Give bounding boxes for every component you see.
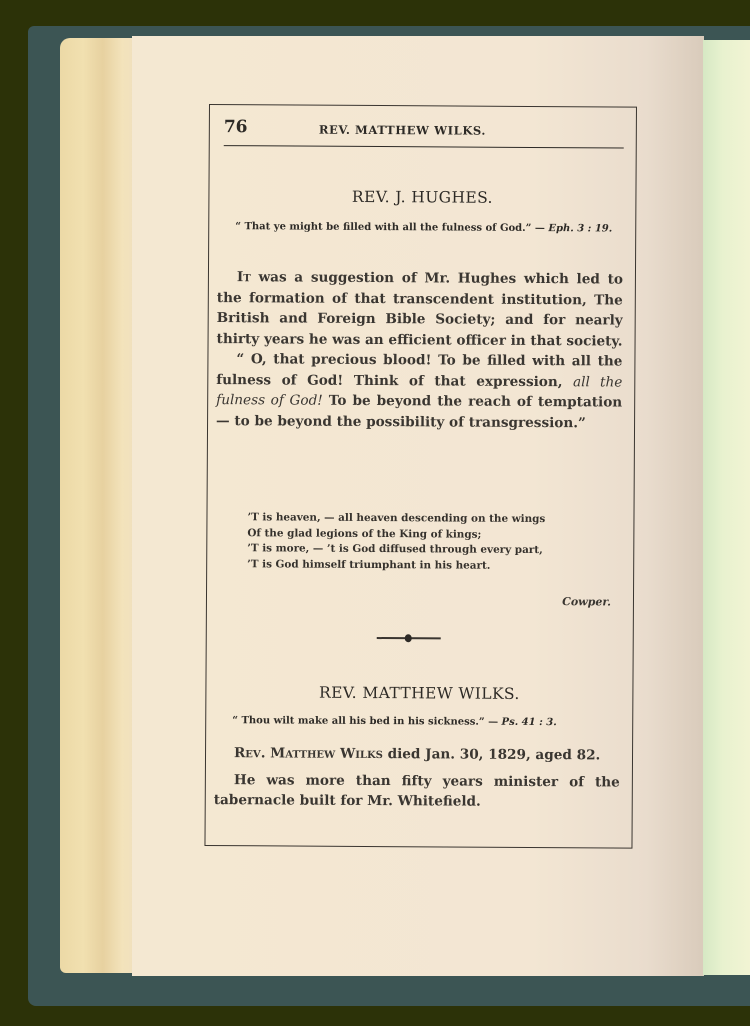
poem: ’T is heaven, — all heaven descending on… xyxy=(247,510,615,574)
lead-name: Rev. Matthew Wilks xyxy=(234,745,383,762)
paragraph: It was a suggestion of Mr. Hughes which … xyxy=(217,267,623,351)
epigraph-quote: “ Thou wilt make all his bed in his sick… xyxy=(232,715,501,728)
paragraph: He was more than fifty years minister of… xyxy=(214,770,620,813)
poem-line: ’T is more, — ’t is God diffused through… xyxy=(247,541,615,559)
epigraph-wilks: “ Thou wilt make all his bed in his sick… xyxy=(218,713,622,730)
text-frame: 76 REV. MATTHEW WILKS. REV. J. HUGHES. “… xyxy=(204,104,637,849)
poem-line: ’T is heaven, — all heaven descending on… xyxy=(247,510,615,528)
paragraph: “ O, that precious blood! To be filled w… xyxy=(216,349,622,433)
lead-word: It xyxy=(237,269,251,285)
section-title-hughes: REV. J. HUGHES. xyxy=(209,187,635,208)
running-title: REV. MATTHEW WILKS. xyxy=(319,123,486,138)
paragraph-text: died Jan. 30, 1829, aged 82. xyxy=(383,746,601,763)
page-number: 76 xyxy=(224,117,248,137)
poem-line: ’T is God himself triumphant in his hear… xyxy=(247,557,615,575)
poem-attribution: Cowper. xyxy=(562,595,611,608)
epigraph-quote: “ That ye might be filled with all the f… xyxy=(235,221,545,234)
facing-page-edge xyxy=(703,40,750,975)
divider-ornament-icon xyxy=(405,634,412,642)
section-title-wilks: REV. MATTHEW WILKS. xyxy=(206,683,632,704)
hughes-body: It was a suggestion of Mr. Hughes which … xyxy=(216,267,623,433)
running-head: 76 REV. MATTHEW WILKS. xyxy=(224,117,624,148)
epigraph-reference: Ps. 41 : 3. xyxy=(502,717,557,728)
paragraph-text: “ O, that precious blood! To be filled w… xyxy=(216,351,622,390)
paragraph-text: was a suggestion of Mr. Hughes which led… xyxy=(217,269,623,349)
paragraph: Rev. Matthew Wilks died Jan. 30, 1829, a… xyxy=(214,743,620,766)
epigraph-hughes: “ That ye might be filled with all the f… xyxy=(221,219,625,236)
page-edges xyxy=(60,38,138,973)
epigraph-reference: Eph. 3 : 19. xyxy=(548,223,612,234)
wilks-body: Rev. Matthew Wilks died Jan. 30, 1829, a… xyxy=(214,743,620,813)
ornamental-divider xyxy=(377,634,441,642)
